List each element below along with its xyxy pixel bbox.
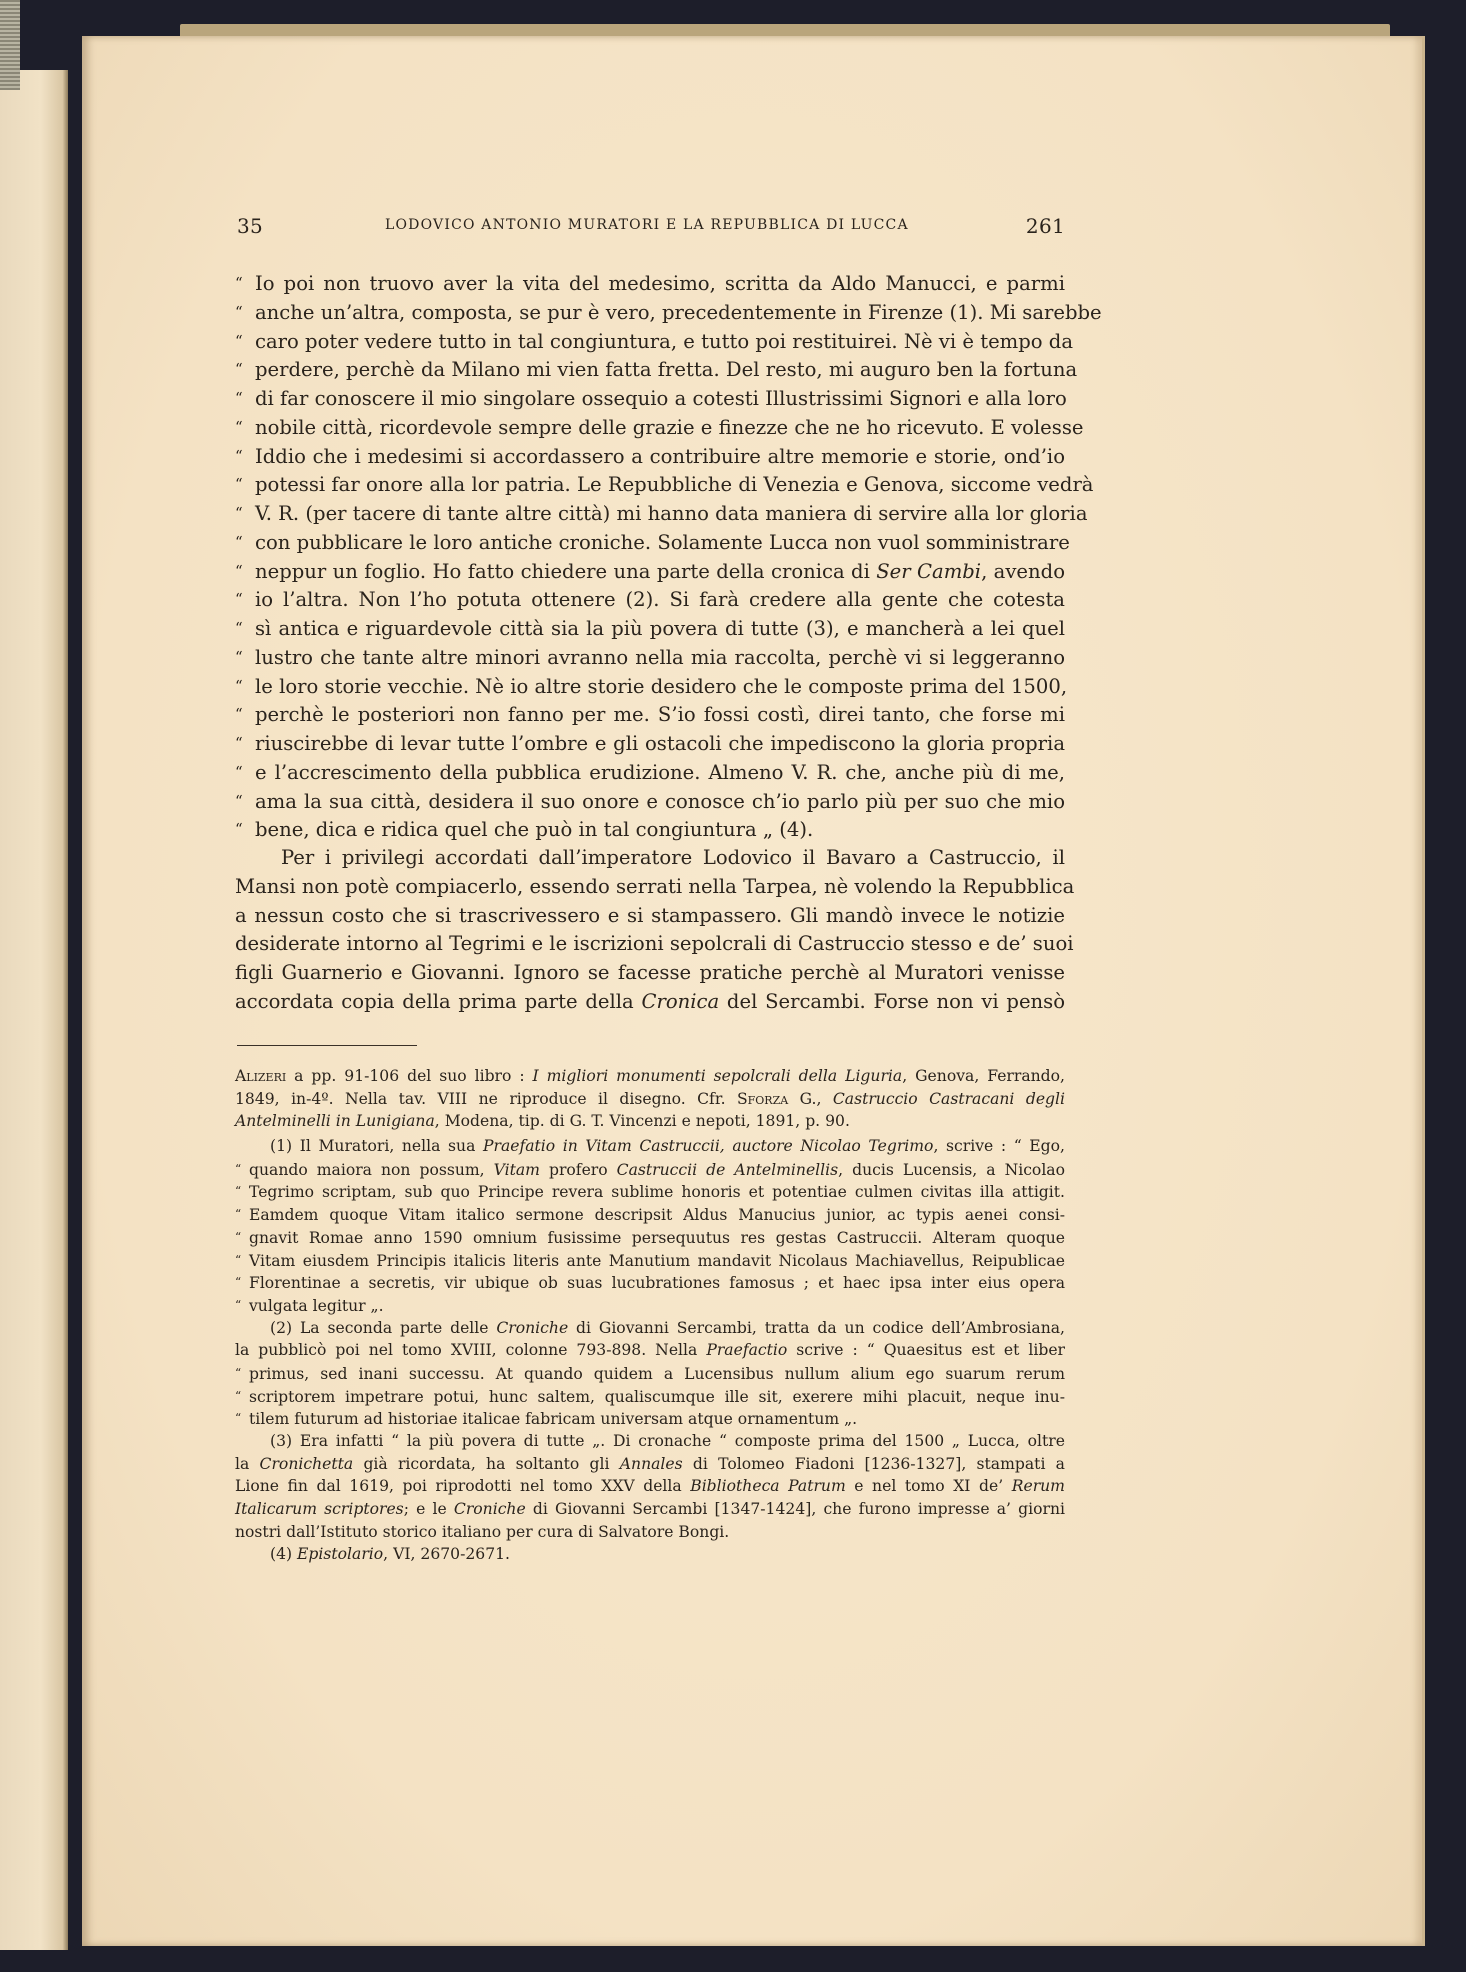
italic-title: Epistolario: [297, 1545, 383, 1563]
footnote-4: (4) Epistolario, VI, 2670-2671.: [235, 1543, 1065, 1566]
italic-title: Ser Cambi: [876, 560, 981, 583]
text-line: “perdere, perchè da Milano mi vien fatta…: [235, 355, 1065, 384]
footnote-3: (3) Era infatti “ la più povera di tutte…: [235, 1430, 1065, 1543]
footnote-continuation: Alizeri a pp. 91-106 del suo libro : I m…: [235, 1065, 1065, 1133]
quote-mark: “: [235, 672, 255, 701]
quote-mark: “: [235, 614, 255, 643]
text-line: “e l’accrescimento della pubblica erudiz…: [235, 758, 1065, 787]
italic-title: Croniche: [454, 1500, 526, 1518]
text-line: “potessi far onore alla lor patria. Le R…: [235, 470, 1065, 499]
footnote-line: “Eamdem quoque Vitam italico sermone des…: [235, 1203, 1065, 1226]
footnote-line: (4) Epistolario, VI, 2670-2671.: [235, 1543, 1065, 1566]
italic-title: Praefatio in Vitam Castruccii, auctore N…: [483, 1137, 933, 1155]
italic-title: Rerum: [1012, 1477, 1065, 1495]
footnote-line: nostri dall’Istituto storico italiano pe…: [235, 1521, 1065, 1544]
quote-mark: “: [235, 643, 255, 672]
footnote-line: “gnavit Romae anno 1590 omnium fusissime…: [235, 1226, 1065, 1249]
footnote-1: (1) Il Muratori, nella sua Praefatio in …: [235, 1135, 1065, 1317]
footnote-line: la Cronichetta già ricordata, ha soltant…: [235, 1453, 1065, 1476]
italic-title: Italicarum scriptores: [235, 1500, 404, 1518]
main-text: “Io poi non truovo aver la vita del mede…: [235, 269, 1065, 1017]
italic-title: Castruccii de Antelminellis: [617, 1161, 838, 1179]
running-title: LODOVICO ANTONIO MURATORI E LA REPUBBLIC…: [385, 217, 909, 233]
text-line: “nobile città, ricordevole sempre delle …: [235, 413, 1065, 442]
quote-mark: “: [235, 1362, 249, 1385]
text-line: “lustro che tante altre minori avranno n…: [235, 643, 1065, 672]
footnote-line: “quando maiora non possum, Vitam profero…: [235, 1158, 1065, 1181]
text-line: Per i privilegi accordati dall’imperator…: [235, 844, 1065, 873]
quote-mark: “: [235, 557, 255, 586]
text-line: “io l’altra. Non l’ho potuta ottenere (2…: [235, 585, 1065, 614]
text-line: desiderate intorno al Tegrimi e le iscri…: [235, 930, 1065, 959]
italic-title: Cronica: [641, 990, 719, 1013]
footnote-line: “primus, sed inani successu. At quando q…: [235, 1362, 1065, 1385]
text-line: “riuscirebbe di levar tutte l’ombre e gl…: [235, 729, 1065, 758]
footnote-line: Alizeri a pp. 91-106 del suo libro : I m…: [235, 1065, 1065, 1088]
text-line: “anche un’altra, composta, se pur è vero…: [235, 298, 1065, 327]
footnote-separator-rule: [237, 1045, 417, 1046]
quote-mark: “: [235, 1249, 249, 1272]
text-line: “sì antica e riguardevole città sia la p…: [235, 614, 1065, 643]
quote-mark: “: [235, 1180, 249, 1203]
running-head: 35 LODOVICO ANTONIO MURATORI E LA REPUBB…: [237, 214, 1065, 240]
author-name: Sforza: [737, 1090, 788, 1108]
author-name: Alizeri: [235, 1067, 286, 1085]
footnote-line: Lione fin dal 1619, poi riprodotti nel t…: [235, 1475, 1065, 1498]
signature-number: 35: [237, 214, 263, 238]
text-line: “con pubblicare le loro antiche croniche…: [235, 528, 1065, 557]
text-line: Mansi non potè compiacerlo, essendo serr…: [235, 873, 1065, 902]
footnote-line: (1) Il Muratori, nella sua Praefatio in …: [235, 1135, 1065, 1158]
footnotes: Alizeri a pp. 91-106 del suo libro : I m…: [235, 1065, 1065, 1566]
text-line: “Iddio che i medesimi si accordassero a …: [235, 442, 1065, 471]
quote-mark: “: [235, 269, 255, 298]
footnote-line: “tilem futurum ad historiae italicae fab…: [235, 1407, 1065, 1430]
body-paragraph: Per i privilegi accordati dall’imperator…: [235, 844, 1065, 1017]
footnote-2: (2) La seconda parte delle Croniche di G…: [235, 1317, 1065, 1430]
italic-title: Antelminelli in Lunigiana: [235, 1112, 435, 1130]
quote-mark: “: [235, 1385, 249, 1408]
italic-title: Cronichetta: [260, 1455, 354, 1473]
text-line: “V. R. (per tacere di tante altre città)…: [235, 499, 1065, 528]
quote-mark: “: [235, 1294, 249, 1317]
text-line: “Io poi non truovo aver la vita del mede…: [235, 269, 1065, 298]
page-number: 261: [1026, 214, 1065, 238]
text-line: a nessun costo che si trascrivessero e s…: [235, 902, 1065, 931]
footnote-line: “Tegrimo scriptam, sub quo Principe reve…: [235, 1180, 1065, 1203]
text-line: “di far conoscere il mio singolare osseq…: [235, 384, 1065, 413]
quote-mark: “: [235, 1158, 249, 1181]
quote-mark: “: [235, 413, 255, 442]
quote-mark: “: [235, 729, 255, 758]
footnote-line: (3) Era infatti “ la più povera di tutte…: [235, 1430, 1065, 1453]
quote-mark: “: [235, 442, 255, 471]
letter-quotation: “Io poi non truovo aver la vita del mede…: [235, 269, 1065, 844]
footnote-line: Italicarum scriptores; e le Croniche di …: [235, 1498, 1065, 1521]
quote-mark: “: [235, 384, 255, 413]
footnote-line: “scriptorem impetrare potui, hunc saltem…: [235, 1385, 1065, 1408]
quote-mark: “: [235, 1226, 249, 1249]
quote-mark: “: [235, 355, 255, 384]
italic-title: I migliori monumenti sepolcrali della Li…: [533, 1067, 903, 1085]
text-line: “neppur un foglio. Ho fatto chiedere una…: [235, 557, 1065, 586]
quote-mark: “: [235, 815, 255, 844]
quote-mark: “: [235, 1203, 249, 1226]
text-line: “bene, dica e ridica quel che può in tal…: [235, 815, 1065, 844]
italic-title: Castruccio Castracani degli: [833, 1090, 1065, 1108]
quote-mark: “: [235, 528, 255, 557]
book-binding-cloth: [0, 0, 20, 90]
text-line: “perchè le posteriori non fanno per me. …: [235, 700, 1065, 729]
footnote-line: “Vitam eiusdem Principis italicis literi…: [235, 1249, 1065, 1272]
footnote-line: la pubblicò poi nel tomo XVIII, colonne …: [235, 1339, 1065, 1362]
quote-mark: “: [235, 470, 255, 499]
footnote-line: “Florentinae a secretis, vir ubique ob s…: [235, 1271, 1065, 1294]
quote-mark: “: [235, 585, 255, 614]
quote-mark: “: [235, 700, 255, 729]
text-line: “le loro storie vecchie. Nè io altre sto…: [235, 672, 1065, 701]
text-line: “ama la sua città, desidera il suo onore…: [235, 787, 1065, 816]
italic-title: Croniche: [496, 1319, 568, 1337]
quote-mark: “: [235, 787, 255, 816]
footnote-line: “vulgata legitur „.: [235, 1294, 1065, 1317]
quote-mark: “: [235, 1271, 249, 1294]
text-line: “caro poter vedere tutto in tal congiunt…: [235, 327, 1065, 356]
footnote-line: Antelminelli in Lunigiana, Modena, tip. …: [235, 1110, 1065, 1133]
quote-mark: “: [235, 758, 255, 787]
footnote-line: (2) La seconda parte delle Croniche di G…: [235, 1317, 1065, 1340]
italic-title: Bibliotheca Patrum: [690, 1477, 846, 1495]
quote-mark: “: [235, 327, 255, 356]
quote-mark: “: [235, 298, 255, 327]
footnote-line: 1849, in-4º. Nella tav. VIII ne riproduc…: [235, 1088, 1065, 1111]
italic-title: Annales: [620, 1455, 683, 1473]
text-line: accordata copia della prima parte della …: [235, 988, 1065, 1017]
quote-mark: “: [235, 499, 255, 528]
text-line: figli Guarnerio e Giovanni. Ignoro se fa…: [235, 959, 1065, 988]
quote-mark: “: [235, 1407, 249, 1430]
italic-title: Praefactio: [706, 1341, 787, 1359]
italic-title: Vitam: [494, 1161, 540, 1179]
facing-page-edge: [0, 70, 68, 1950]
